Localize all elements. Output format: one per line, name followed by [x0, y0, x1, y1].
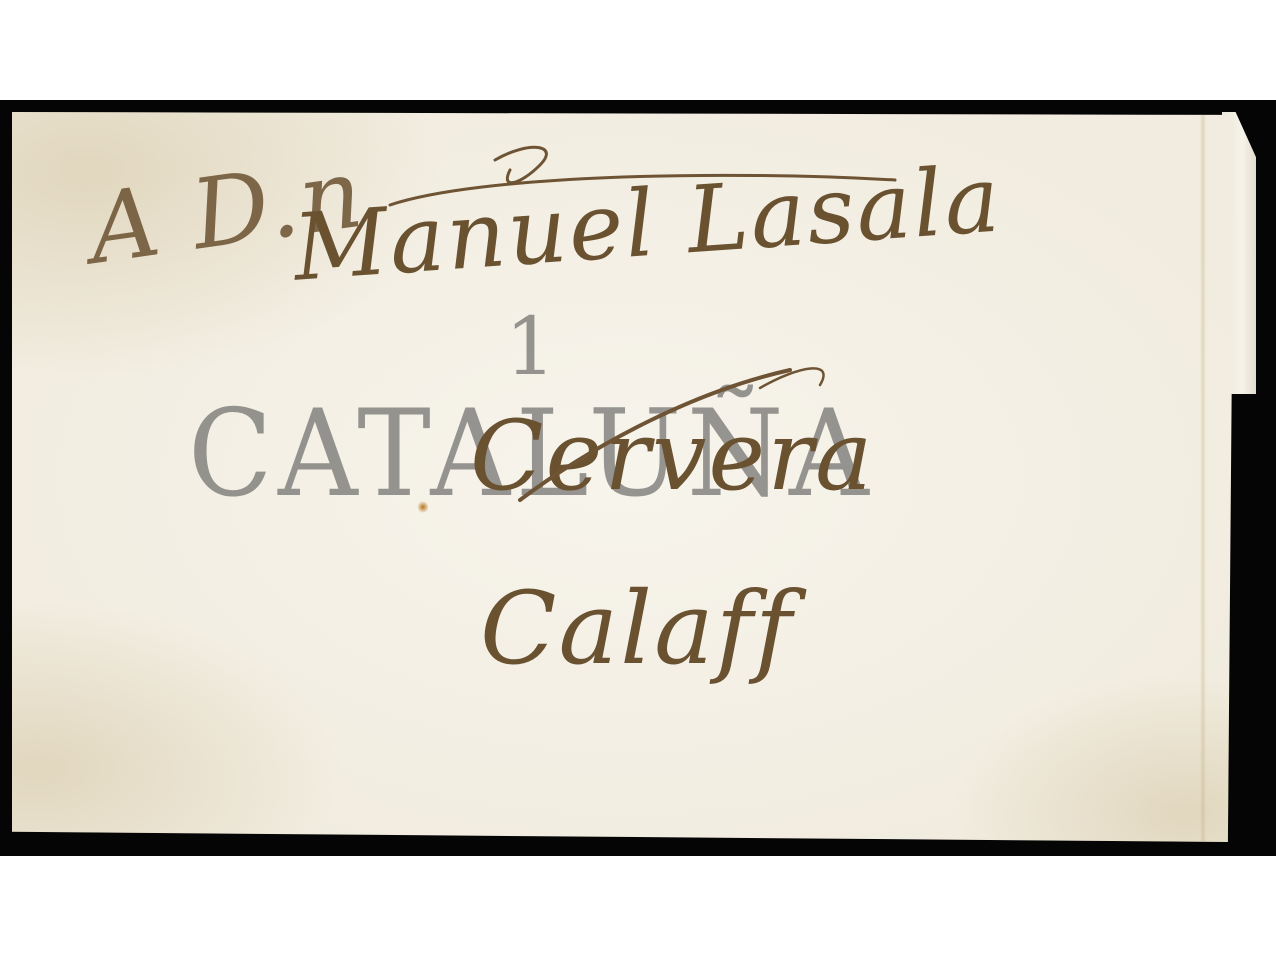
address-line-2: Cervera [470, 400, 874, 512]
address-line-3: Calaff [480, 570, 794, 687]
postmark-rate-numeral: 1 [505, 300, 562, 393]
rust-stain [418, 500, 428, 514]
